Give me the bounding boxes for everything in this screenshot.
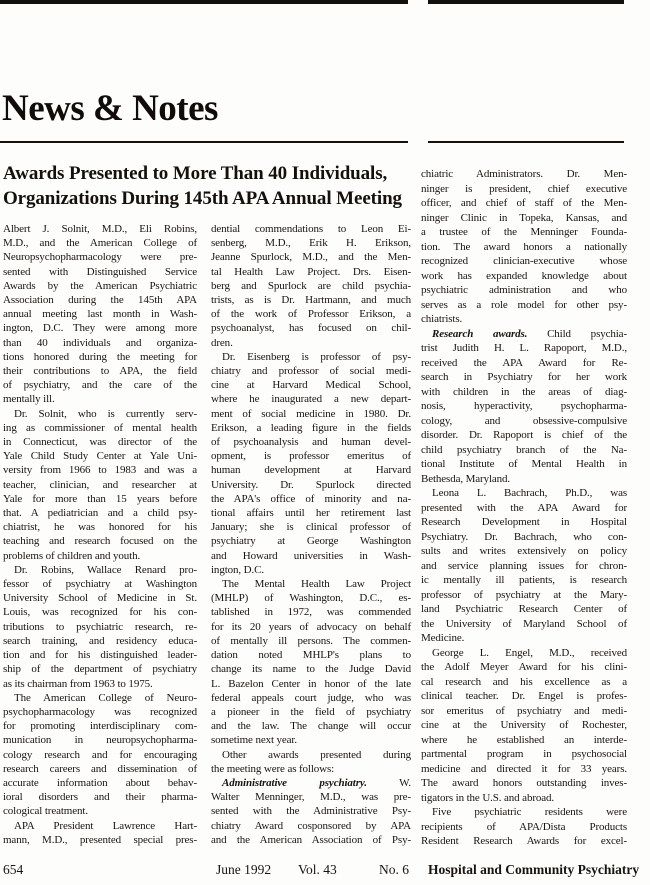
paragraph: The American College of Neuro-psychophar… bbox=[3, 691, 197, 819]
text-line: tions honored during the meeting for bbox=[3, 350, 197, 364]
text-line: Awards by the American Psychiatric bbox=[3, 279, 197, 293]
text-line: Resident Research Awards for excel- bbox=[421, 834, 627, 849]
paragraph: Dr. Solnit, who is currently serv-ing as… bbox=[3, 407, 197, 563]
text-line: cology, and obsessive-compulsive bbox=[421, 414, 627, 429]
text-line: The American College of Neuro- bbox=[3, 691, 197, 705]
text-line: of mentally ill persons. The commen- bbox=[211, 634, 411, 648]
headline-line-2: Organizations During 145th APA Annual Me… bbox=[3, 187, 421, 212]
text-line: Dr. Solnit, who is currently serv- bbox=[3, 407, 197, 421]
text-line: chiatrists. bbox=[421, 312, 627, 327]
text-line: Five psychiatric residents were bbox=[421, 805, 627, 820]
text-line: cal research and his excellence as a bbox=[421, 675, 627, 690]
text-line: land Psychiatric Research Center of bbox=[421, 602, 627, 617]
text-line: chiatrist, he was honored for his bbox=[3, 520, 197, 534]
text-line: annual meeting last month in Wash- bbox=[3, 307, 197, 321]
text-line: dren. bbox=[211, 336, 411, 350]
text-line: recipients of APA/Dista Products bbox=[421, 820, 627, 835]
text-line: accurate information about behav- bbox=[3, 776, 197, 790]
text-line: ington, D.C. They were among more bbox=[3, 321, 197, 335]
paragraph: Albert J. Solnit, M.D., Eli Robins,M.D.,… bbox=[3, 222, 197, 407]
text-line: Erikson, a leading figure in the fields bbox=[211, 421, 411, 435]
text-line: federal appeals court judge, who was bbox=[211, 691, 411, 705]
masthead-title: News & Notes bbox=[2, 86, 218, 132]
text-column-1: Albert J. Solnit, M.D., Eli Robins,M.D.,… bbox=[3, 222, 197, 847]
text-line: where he established an interde- bbox=[421, 733, 627, 748]
text-line: officer, and chief of staff of the Men- bbox=[421, 196, 627, 211]
text-line: Yale for more than 15 years before bbox=[3, 492, 197, 506]
text-line: trists, as is Dr. Hartmann, and much bbox=[211, 293, 411, 307]
text-line: sented with the Administrative Psy- bbox=[211, 804, 411, 818]
text-line: University School of Medicine in St. bbox=[3, 591, 197, 605]
text-line: with children in the areas of diag- bbox=[421, 385, 627, 400]
headline-line-1: Awards Presented to More Than 40 Individ… bbox=[3, 162, 421, 187]
text-line: their contributions to APA, the field bbox=[3, 364, 197, 378]
issue-number-label: No. 6 bbox=[379, 861, 409, 878]
text-line: and Howard universities in Wash- bbox=[211, 549, 411, 563]
text-line: January; she is clinical professor of bbox=[211, 520, 411, 534]
text-line: psychopharmacology was recognized bbox=[3, 705, 197, 719]
text-line: opment, is professor emeritus of bbox=[211, 449, 411, 463]
text-line: Bethesda, Maryland. bbox=[421, 472, 627, 487]
text-line: cology research and for encouraging bbox=[3, 748, 197, 762]
text-line: tion. The award honors a nationally bbox=[421, 240, 627, 255]
text-line: APA President Lawrence Hart- bbox=[3, 819, 197, 833]
text-line: dential commendations to Leon Ei- bbox=[211, 222, 411, 236]
text-line: The award honors outstanding inves- bbox=[421, 776, 627, 791]
text-line: Administrative psychiatry. W. bbox=[211, 776, 411, 790]
paragraph: Dr. Robins, Wallace Renard pro-fessor of… bbox=[3, 563, 197, 691]
text-line: and the American Association of Psy- bbox=[211, 833, 411, 847]
text-line: chiatry and professor of social medi- bbox=[211, 364, 411, 378]
text-line: a trustee of the Menninger Founda- bbox=[421, 225, 627, 240]
text-line: the APA's office of minority and na- bbox=[211, 492, 411, 506]
text-line: Louis, was recognized for his con- bbox=[3, 605, 197, 619]
text-column-3: chiatric Administrators. Dr. Men-ninger … bbox=[421, 167, 627, 849]
text-line: Medicine. bbox=[421, 631, 627, 646]
page-number: 654 bbox=[3, 861, 23, 878]
text-line: sor emeritus of psychiatry and medi- bbox=[421, 704, 627, 719]
text-line: as its chairman from 1963 to 1975. bbox=[3, 677, 197, 691]
text-line: and the law. The change will occur bbox=[211, 719, 411, 733]
text-line: tional affairs until her retirement last bbox=[211, 506, 411, 520]
text-line: Research awards. Child psychia- bbox=[421, 327, 627, 342]
text-line: University. Dr. Spurlock directed bbox=[211, 478, 411, 492]
text-line: Research Development in Hospital bbox=[421, 515, 627, 530]
text-line: The Mental Health Law Project bbox=[211, 577, 411, 591]
text-line: tion and for his distinguished leader- bbox=[3, 648, 197, 662]
text-line: a pioneer in the field of psychiatry bbox=[211, 705, 411, 719]
text-line: mentally ill. bbox=[3, 392, 197, 406]
text-line: L. Bazelon Center in honor of the late bbox=[211, 677, 411, 691]
journal-title: Hospital and Community Psychiatry bbox=[428, 861, 639, 878]
text-line: search training, and residency educa- bbox=[3, 634, 197, 648]
text-line: psychoanalyst, has focused on chil- bbox=[211, 321, 411, 335]
text-line: ninger is president, chief executive bbox=[421, 182, 627, 197]
text-line: where he inaugurated a new depart- bbox=[211, 392, 411, 406]
paragraph-lead: Administrative psychiatry. bbox=[222, 777, 367, 789]
text-line: cine at the University of Rochester, bbox=[421, 718, 627, 733]
text-line: tigators in the U.S. and abroad. bbox=[421, 791, 627, 806]
text-line: tablished in 1972, was commended bbox=[211, 605, 411, 619]
text-line: ing as commissioner of mental health bbox=[3, 421, 197, 435]
text-line: Leona L. Bachrach, Ph.D., was bbox=[421, 486, 627, 501]
text-line: teaching and research focused on the bbox=[3, 534, 197, 548]
text-line: the meeting were as follows: bbox=[211, 762, 411, 776]
text-line: berg and Spurlock are child psychia- bbox=[211, 279, 411, 293]
text-line: partmental program in psychosocial bbox=[421, 747, 627, 762]
text-line: in Connecticut, was director of the bbox=[3, 435, 197, 449]
text-line: for promoting interdisciplinary com- bbox=[3, 719, 197, 733]
paragraph: The Mental Health Law Project(MHLP) of W… bbox=[211, 577, 411, 747]
text-line: work has expanded knowledge about bbox=[421, 269, 627, 284]
text-line: mann, M.D., presented special pres- bbox=[3, 833, 197, 847]
text-line: research careers and dissemination of bbox=[3, 762, 197, 776]
paragraph-lead: Research awards. bbox=[432, 328, 527, 340]
text-line: than 40 individuals and organiza- bbox=[3, 336, 197, 350]
volume-label: Vol. 43 bbox=[298, 861, 337, 878]
text-line: Other awards presented during bbox=[211, 748, 411, 762]
paragraph: George L. Engel, M.D., receivedthe Adolf… bbox=[421, 646, 627, 806]
text-line: senberg, M.D., Erik H. Erikson, bbox=[211, 236, 411, 250]
text-line: presented with the APA Award for bbox=[421, 501, 627, 516]
text-line: chiatric Administrators. Dr. Men- bbox=[421, 167, 627, 182]
text-line: Dr. Eisenberg is professor of psy- bbox=[211, 350, 411, 364]
text-line: sometime next year. bbox=[211, 733, 411, 747]
text-line: medicine and directed it for 33 years. bbox=[421, 762, 627, 777]
paragraph: APA President Lawrence Hart-mann, M.D., … bbox=[3, 819, 197, 847]
text-line: of psychoanalysis and human devel- bbox=[211, 435, 411, 449]
paragraph: Other awards presented duringthe meeting… bbox=[211, 748, 411, 776]
text-line: Neuropsychopharmacology were pre- bbox=[3, 250, 197, 264]
text-line: dation noted MHLP's plans to bbox=[211, 648, 411, 662]
text-line: fessor of psychiatry at Washington bbox=[3, 577, 197, 591]
text-line: chiatry Award cosponsored by APA bbox=[211, 819, 411, 833]
text-line: clinical teacher. Dr. Engel is profes- bbox=[421, 689, 627, 704]
text-line: (MHLP) of Washington, D.C., es- bbox=[211, 591, 411, 605]
text-line: recognized clinician-executive whose bbox=[421, 254, 627, 269]
text-line: change its name to the Judge David bbox=[211, 662, 411, 676]
text-column-2: dential commendations to Leon Ei-senberg… bbox=[211, 222, 411, 847]
text-line: M.D., and the American College of bbox=[3, 236, 197, 250]
text-line: ment of social medicine in 1980. Dr. bbox=[211, 407, 411, 421]
text-line: child psychiatry branch of the Na- bbox=[421, 443, 627, 458]
text-line: for its 20 years of advocacy on behalf bbox=[211, 620, 411, 634]
text-line: Psychiatry. Dr. Bachrach, who con- bbox=[421, 530, 627, 545]
top-rule-left bbox=[0, 0, 408, 4]
paragraph: Administrative psychiatry. W.Walter Menn… bbox=[211, 776, 411, 847]
text-line: the Adolf Meyer Award for his clini- bbox=[421, 660, 627, 675]
text-line: Albert J. Solnit, M.D., Eli Robins, bbox=[3, 222, 197, 236]
text-line: Jeanne Spurlock, M.D., and the Men- bbox=[211, 250, 411, 264]
masthead-rule-right bbox=[428, 141, 624, 143]
masthead-rule-left bbox=[0, 141, 408, 143]
text-line: that. A pediatrician and a child psy- bbox=[3, 506, 197, 520]
text-line: search in Psychiatry for her work bbox=[421, 370, 627, 385]
text-line: cine at Harvard Medical School, bbox=[211, 378, 411, 392]
text-line: human development at Harvard bbox=[211, 463, 411, 477]
paragraph: Five psychiatric residents wererecipient… bbox=[421, 805, 627, 849]
text-line: of the work of Professor Erikson, a bbox=[211, 307, 411, 321]
paragraph: Research awards. Child psychia-trist Jud… bbox=[421, 327, 627, 487]
text-line: ic mentally ill patients, is research bbox=[421, 573, 627, 588]
text-line: trist Judith H. L. Rapoport, M.D., bbox=[421, 341, 627, 356]
text-line: problems of children and youth. bbox=[3, 549, 197, 563]
text-line: Dr. Robins, Wallace Renard pro- bbox=[3, 563, 197, 577]
text-line: Yale Child Study Center at Yale Uni- bbox=[3, 449, 197, 463]
paragraph: chiatric Administrators. Dr. Men-ninger … bbox=[421, 167, 627, 327]
paragraph: Leona L. Bachrach, Ph.D., waspresented w… bbox=[421, 486, 627, 646]
journal-page: News & Notes Awards Presented to More Th… bbox=[0, 0, 650, 885]
paragraph: Dr. Eisenberg is professor of psy-chiatr… bbox=[211, 350, 411, 577]
text-line: tional Institute of Mental Health in bbox=[421, 457, 627, 472]
text-line: ington, D.C. bbox=[211, 563, 411, 577]
text-line: teacher, clinician, and researcher at bbox=[3, 478, 197, 492]
text-line: cological treatment. bbox=[3, 804, 197, 818]
text-line: serves as a role model for other psy- bbox=[421, 298, 627, 313]
paragraph: dential commendations to Leon Ei-senberg… bbox=[211, 222, 411, 350]
text-line: sented with Distinguished Service bbox=[3, 265, 197, 279]
text-line: versity from 1966 to 1983 and was a bbox=[3, 463, 197, 477]
text-line: professor of psychiatry at the Mary- bbox=[421, 588, 627, 603]
top-rule-right bbox=[428, 0, 624, 4]
text-line: of psychiatry, and the care of the bbox=[3, 378, 197, 392]
text-line: Walter Menninger, M.D., was pre- bbox=[211, 790, 411, 804]
text-line: ninger Clinic in Topeka, Kansas, and bbox=[421, 211, 627, 226]
text-line: the University of Maryland School of bbox=[421, 617, 627, 632]
text-line: sults and writes extensively on policy bbox=[421, 544, 627, 559]
text-line: disorder. Dr. Rapoport is chief of the bbox=[421, 428, 627, 443]
text-line: Association during the 145th APA bbox=[3, 293, 197, 307]
text-line: received the APA Award for Re- bbox=[421, 356, 627, 371]
text-line: ioral disorders and their pharma- bbox=[3, 790, 197, 804]
issue-date: June 1992 bbox=[216, 861, 271, 878]
text-line: munication in neuropsychopharma- bbox=[3, 733, 197, 747]
text-line: George L. Engel, M.D., received bbox=[421, 646, 627, 661]
text-line: ship of the department of psychiatry bbox=[3, 662, 197, 676]
text-line: tributions to psychiatric research, re- bbox=[3, 620, 197, 634]
text-line: nosis, hyperactivity, psychopharma- bbox=[421, 399, 627, 414]
article-headline: Awards Presented to More Than 40 Individ… bbox=[3, 162, 421, 211]
text-line: psychiatry at George Washington bbox=[211, 534, 411, 548]
text-line: tal Health Law Project. Drs. Eisen- bbox=[211, 265, 411, 279]
text-line: psychiatric administration and who bbox=[421, 283, 627, 298]
text-line: and service planning issues for chron- bbox=[421, 559, 627, 574]
